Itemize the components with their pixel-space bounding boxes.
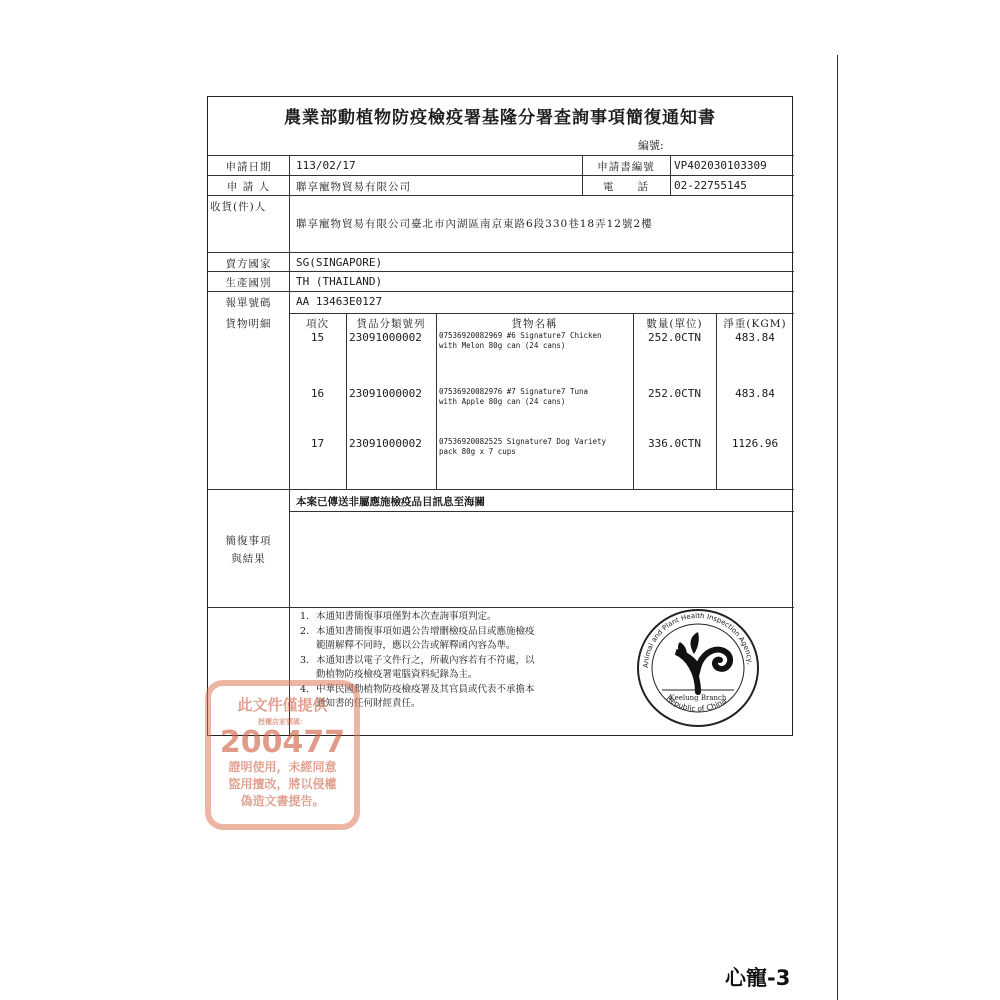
result-text: 本案已傳送非屬應施檢疫品目訊息至海關 bbox=[296, 494, 485, 509]
watermark-line1: 此文件僅提供 bbox=[211, 694, 354, 715]
apply-number-label: 申請書編號 bbox=[582, 159, 670, 174]
goods-name-line2: pack 80g x 7 cups bbox=[439, 447, 516, 457]
note-item: 3.本通知書以電子文件行之，所載內容若有不符處，以動植物防疫檢疫署電腦資料紀錄為… bbox=[300, 654, 535, 683]
col-name: 貨物名稱 bbox=[436, 316, 633, 331]
goods-name-line2: with Melon 80g can (24 cans) bbox=[439, 341, 565, 351]
declaration-value: AA 13463E0127 bbox=[296, 295, 382, 308]
note-number: 2. bbox=[300, 625, 316, 640]
col-weight: 淨重(KGM) bbox=[716, 316, 794, 331]
apply-number-value: VP402030103309 bbox=[674, 159, 767, 172]
note-line1: 本通知書簡復事項如遇公告增刪檢疫品目或應施檢疫 bbox=[316, 626, 535, 637]
goods-net-weight: 483.84 bbox=[716, 331, 794, 344]
goods-section-label: 貨物明細 bbox=[208, 316, 289, 331]
inquiry-reply-notice: 農業部動植物防疫檢疫署基隆分署查詢事項簡復通知書 編號: 申請日期 113/02… bbox=[207, 96, 793, 736]
result-label-line2: 與結果 bbox=[208, 550, 289, 568]
serial-number-label: 編號: bbox=[638, 137, 664, 153]
note-line1: 本通知書簡復事項僅對本次查詢事項判定。 bbox=[316, 611, 497, 622]
seller-country-value: SG(SINGAPORE) bbox=[296, 256, 382, 269]
svg-text:Keelung Branch: Keelung Branch bbox=[670, 694, 727, 702]
goods-quantity: 252.0CTN bbox=[633, 387, 716, 400]
watermark-line4: 盜用擅改，將以侵權 bbox=[211, 776, 354, 793]
note-line1: 本通知書以電子文件行之，所載內容若有不符處，以 bbox=[316, 655, 535, 666]
origin-value: TH (THAILAND) bbox=[296, 275, 382, 288]
note-line2: 範圍解釋不同時，應以公告或解釋函內容為準。 bbox=[300, 639, 535, 654]
result-label: 簡復事項 與結果 bbox=[208, 532, 289, 568]
goods-name-line1: 07536920082976 #7 Signature7 Tuna bbox=[439, 387, 588, 397]
watermark-code: 200477 bbox=[211, 727, 354, 759]
goods-hs-code: 23091000002 bbox=[349, 331, 422, 344]
note-number: 1. bbox=[300, 610, 316, 625]
declaration-label: 報單號碼 bbox=[208, 295, 289, 310]
col-qty: 數量(單位) bbox=[633, 316, 716, 331]
col-code: 貨品分類號列 bbox=[346, 316, 436, 331]
consignee-value: 聯享寵物貿易有限公司臺北市內湖區南京東路6段330巷18弄12號2樓 bbox=[296, 216, 653, 231]
goods-quantity: 336.0CTN bbox=[633, 437, 716, 450]
watermark-line3: 證明使用，未經同意 bbox=[211, 759, 354, 776]
col-item: 項次 bbox=[289, 316, 346, 331]
note-number: 3. bbox=[300, 654, 316, 669]
goods-name-line2: with Apple 80g can (24 cans) bbox=[439, 397, 565, 407]
official-seal-icon: Animal and Plant Health Inspection Agenc… bbox=[628, 602, 768, 732]
note-item: 1.本通知書簡復事項僅對本次查詢事項判定。 bbox=[300, 610, 535, 625]
page-label: 心寵-3 bbox=[725, 962, 790, 992]
goods-item-number: 15 bbox=[289, 331, 346, 344]
authorization-watermark: 此文件僅提供 授權店家號碼： 200477 證明使用，未經同意 盜用擅改，將以侵… bbox=[205, 680, 360, 830]
goods-item-number: 16 bbox=[289, 387, 346, 400]
origin-label: 生產國別 bbox=[208, 275, 289, 290]
result-label-line1: 簡復事項 bbox=[208, 532, 289, 550]
goods-hs-code: 23091000002 bbox=[349, 387, 422, 400]
seller-country-label: 賣方國家 bbox=[208, 256, 289, 271]
apply-date-value: 113/02/17 bbox=[296, 159, 356, 172]
consignee-label: 收貨(件)人 bbox=[210, 199, 266, 214]
goods-name-line1: 07536920082969 #6 Signature7 Chicken bbox=[439, 331, 602, 341]
scan-edge-line bbox=[837, 55, 838, 1000]
goods-item-number: 17 bbox=[289, 437, 346, 450]
goods-net-weight: 1126.96 bbox=[716, 437, 794, 450]
goods-quantity: 252.0CTN bbox=[633, 331, 716, 344]
goods-hs-code: 23091000002 bbox=[349, 437, 422, 450]
goods-net-weight: 483.84 bbox=[716, 387, 794, 400]
phone-label: 電 話 bbox=[582, 179, 670, 194]
note-item: 2.本通知書簡復事項如遇公告增刪檢疫品目或應施檢疫範圍解釋不同時，應以公告或解釋… bbox=[300, 625, 535, 654]
applicant-value: 聯享寵物貿易有限公司 bbox=[296, 179, 411, 194]
applicant-label: 申 請 人 bbox=[208, 179, 289, 194]
goods-name-line1: 07536920082525 Signature7 Dog Variety bbox=[439, 437, 606, 447]
phone-value: 02-22755145 bbox=[674, 179, 747, 192]
serial-label-text: 編號: bbox=[638, 139, 664, 152]
document-title: 農業部動植物防疫檢疫署基隆分署查詢事項簡復通知書 bbox=[208, 103, 792, 128]
apply-date-label: 申請日期 bbox=[208, 159, 289, 174]
watermark-line5: 偽造文書提告。 bbox=[211, 793, 354, 810]
